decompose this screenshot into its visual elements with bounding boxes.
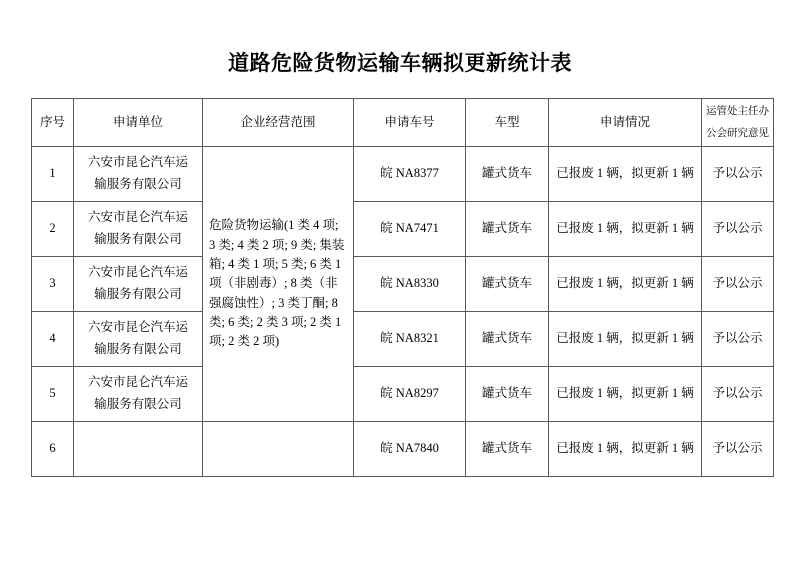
seq-cell: 6 (32, 422, 74, 477)
seq-cell: 2 (32, 202, 74, 257)
vehicle-update-table: 序号 申请单位 企业经营范围 申请车号 车型 申请情况 运管处主任办公会研究意见… (31, 98, 774, 477)
opinion-cell: 予以公示 (702, 147, 774, 202)
applicant-cell: 六安市昆仑汽车运输服务有限公司 (74, 147, 203, 202)
opinion-cell: 予以公示 (702, 312, 774, 367)
opinion-cell: 予以公示 (702, 422, 774, 477)
table-row: 5 六安市昆仑汽车运输服务有限公司 皖 NA8297 罐式货车 已报废 1 辆，… (32, 367, 774, 422)
document-page: 道路危险货物运输车辆拟更新统计表 序号 申请单位 企业经营范围 申请车号 车型 … (0, 0, 800, 565)
plate-cell: 皖 NA8377 (354, 147, 466, 202)
table-header-row: 序号 申请单位 企业经营范围 申请车号 车型 申请情况 运管处主任办公会研究意见 (32, 99, 774, 147)
table-row: 3 六安市昆仑汽车运输服务有限公司 皖 NA8330 罐式货车 已报废 1 辆，… (32, 257, 774, 312)
plate-cell: 皖 NA8297 (354, 367, 466, 422)
request-cell: 已报废 1 辆，拟更新 1 辆 (549, 422, 702, 477)
applicant-cell: 六安市昆仑汽车运输服务有限公司 (74, 202, 203, 257)
table-row: 6 皖 NA7840 罐式货车 已报废 1 辆，拟更新 1 辆 予以公示 (32, 422, 774, 477)
header-business-scope: 企业经营范围 (203, 99, 354, 147)
applicant-cell: 六安市昆仑汽车运输服务有限公司 (74, 257, 203, 312)
vehicle-type-cell: 罐式货车 (466, 257, 549, 312)
opinion-cell: 予以公示 (702, 202, 774, 257)
business-scope-cell: 危险货物运输(1 类 4 项; 3 类; 4 类 2 项; 9 类; 集装箱; … (203, 147, 354, 422)
header-vehicle-type: 车型 (466, 99, 549, 147)
request-cell: 已报废 1 辆，拟更新 1 辆 (549, 367, 702, 422)
opinion-cell: 予以公示 (702, 257, 774, 312)
applicant-cell: 六安市昆仑汽车运输服务有限公司 (74, 367, 203, 422)
plate-cell: 皖 NA7840 (354, 422, 466, 477)
vehicle-type-cell: 罐式货车 (466, 202, 549, 257)
request-cell: 已报废 1 辆，拟更新 1 辆 (549, 312, 702, 367)
plate-cell: 皖 NA7471 (354, 202, 466, 257)
vehicle-type-cell: 罐式货车 (466, 147, 549, 202)
vehicle-type-cell: 罐式货车 (466, 422, 549, 477)
seq-cell: 3 (32, 257, 74, 312)
header-plate: 申请车号 (354, 99, 466, 147)
table-row: 4 六安市昆仑汽车运输服务有限公司 皖 NA8321 罐式货车 已报废 1 辆，… (32, 312, 774, 367)
table-row: 1 六安市昆仑汽车运输服务有限公司 危险货物运输(1 类 4 项; 3 类; 4… (32, 147, 774, 202)
opinion-cell: 予以公示 (702, 367, 774, 422)
table-row: 2 六安市昆仑汽车运输服务有限公司 皖 NA7471 罐式货车 已报废 1 辆，… (32, 202, 774, 257)
plate-cell: 皖 NA8321 (354, 312, 466, 367)
seq-cell: 1 (32, 147, 74, 202)
vehicle-type-cell: 罐式货车 (466, 367, 549, 422)
request-cell: 已报废 1 辆，拟更新 1 辆 (549, 147, 702, 202)
header-request: 申请情况 (549, 99, 702, 147)
header-opinion: 运管处主任办公会研究意见 (702, 99, 774, 147)
seq-cell: 4 (32, 312, 74, 367)
vehicle-type-cell: 罐式货车 (466, 312, 549, 367)
business-scope-cell-empty (203, 422, 354, 477)
page-title: 道路危险货物运输车辆拟更新统计表 (0, 50, 800, 76)
applicant-cell-empty (74, 422, 203, 477)
request-cell: 已报废 1 辆，拟更新 1 辆 (549, 202, 702, 257)
header-applicant: 申请单位 (74, 99, 203, 147)
request-cell: 已报废 1 辆，拟更新 1 辆 (549, 257, 702, 312)
applicant-cell: 六安市昆仑汽车运输服务有限公司 (74, 312, 203, 367)
seq-cell: 5 (32, 367, 74, 422)
header-seq: 序号 (32, 99, 74, 147)
plate-cell: 皖 NA8330 (354, 257, 466, 312)
